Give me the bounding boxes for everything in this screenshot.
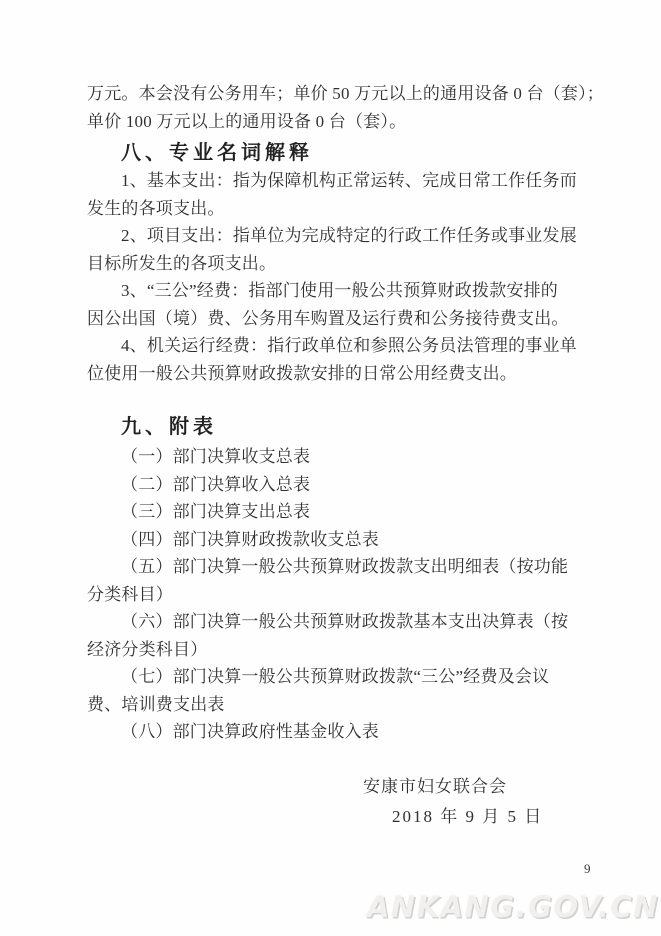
appendix-table-item: （四）部门决算财政拨款收支总表 bbox=[87, 526, 577, 554]
appendix-table-item-continuation: 分类科目） bbox=[87, 581, 577, 609]
appendix-table-item-continuation: 经济分类科目） bbox=[87, 636, 577, 664]
document-page: 万元。本会没有公务用车；单价 50 万元以上的通用设备 0 台（套）； 单价 1… bbox=[0, 0, 661, 936]
term-definition-line: 4、机关运行经费：指行政单位和参照公务员法管理的事业单 bbox=[87, 332, 577, 360]
term-definition-line: 3、“三公”经费：指部门使用一般公共预算财政拨款安排的 bbox=[87, 277, 577, 305]
watermark-text: ANKANG.GOV.CN bbox=[367, 890, 659, 924]
intro-line: 单价 100 万元以上的通用设备 0 台（套）。 bbox=[87, 108, 577, 136]
signature-organization: 安康市妇女联合会 bbox=[363, 772, 577, 802]
signature-date: 2018 年 9 月 5 日 bbox=[392, 802, 577, 832]
page-number: 9 bbox=[584, 861, 591, 877]
section-appendix-heading: 九、附表 bbox=[87, 413, 577, 441]
appendix-table-item: （五）部门决算一般公共预算财政拨款支出明细表（按功能 bbox=[87, 553, 577, 581]
document-body: 万元。本会没有公务用车；单价 50 万元以上的通用设备 0 台（套）； 单价 1… bbox=[0, 0, 661, 832]
appendix-table-item: （一）部门决算收支总表 bbox=[87, 443, 577, 471]
appendix-table-item: （七）部门决算一般公共预算财政拨款“三公”经费及会议 bbox=[87, 663, 577, 691]
intro-line: 万元。本会没有公务用车；单价 50 万元以上的通用设备 0 台（套）； bbox=[87, 80, 577, 108]
signature-block: 安康市妇女联合会 2018 年 9 月 5 日 bbox=[87, 772, 577, 832]
appendix-table-item: （三）部门决算支出总表 bbox=[87, 498, 577, 526]
term-definition-line: 目标所发生的各项支出。 bbox=[87, 250, 577, 278]
section-terms-heading: 八、专业名词解释 bbox=[87, 139, 577, 167]
term-definition-line: 发生的各项支出。 bbox=[87, 195, 577, 223]
term-definition-line: 位使用一般公共预算财政拨款安排的日常公用经费支出。 bbox=[87, 360, 577, 388]
appendix-table-item: （八）部门决算政府性基金收入表 bbox=[87, 718, 577, 746]
term-definition-line: 因公出国（境）费、公务用车购置及运行费和公务接待费支出。 bbox=[87, 305, 577, 333]
appendix-table-item: （二）部门决算收入总表 bbox=[87, 471, 577, 499]
appendix-table-item-continuation: 费、培训费支出表 bbox=[87, 691, 577, 719]
appendix-table-item: （六）部门决算一般公共预算财政拨款基本支出决算表（按 bbox=[87, 608, 577, 636]
term-definition-line: 2、项目支出：指单位为完成特定的行政工作任务或事业发展 bbox=[87, 222, 577, 250]
term-definition-line: 1、基本支出：指为保障机构正常运转、完成日常工作任务而 bbox=[87, 167, 577, 195]
